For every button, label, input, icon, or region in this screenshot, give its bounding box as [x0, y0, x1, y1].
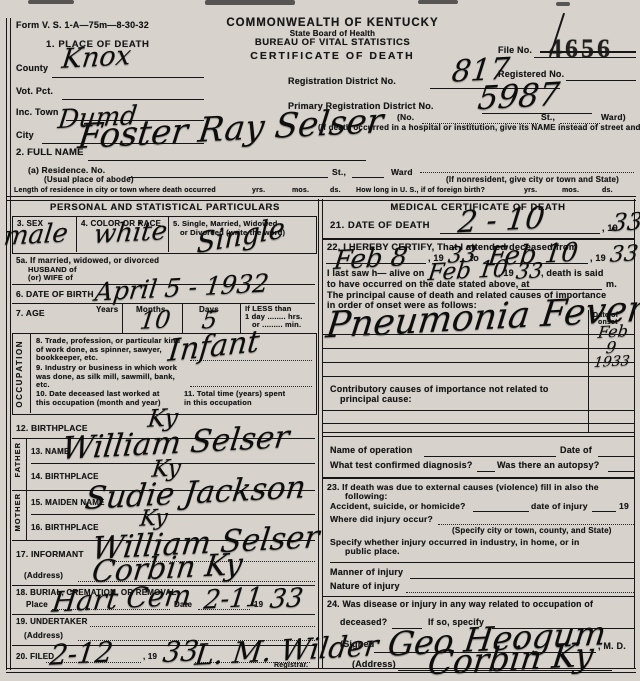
residence-label: (a) Residence. No. [28, 166, 105, 175]
cause-section-bottom [322, 432, 634, 437]
cell-divider [76, 216, 77, 252]
scan-smudge [418, 0, 458, 4]
dob-value: April 5 - 1932 [94, 270, 271, 304]
scan-smudge [205, 0, 295, 5]
ward-label: Ward) [601, 113, 626, 122]
where-label: Where did injury occur? [330, 515, 433, 524]
age-months-value: 10 [139, 307, 172, 333]
injury-date-label: date of injury [531, 502, 588, 511]
registered-no-line [566, 80, 636, 81]
to-year: 33 [609, 243, 640, 267]
file-no-value: 4656 [549, 34, 613, 64]
vot-pct-line [62, 99, 204, 100]
manner-label: Manner of injury [330, 568, 403, 577]
title-certificate: CERTIFICATE OF DEATH [225, 51, 440, 62]
blank-line [330, 562, 634, 563]
burial-place-value: Hart Cem [50, 581, 192, 617]
full-name-label: 2. FULL NAME [16, 148, 84, 158]
row-divider [322, 477, 634, 479]
page-border-left [6, 18, 7, 670]
nature-line [406, 592, 634, 593]
county-label: County [16, 64, 48, 73]
scan-smudge [556, 2, 570, 6]
mother-strip-divider [26, 490, 27, 540]
header-separator [6, 196, 636, 201]
title-block: COMMONWEALTH OF KENTUCKY State Board of … [225, 17, 440, 62]
mother-name-value: Sudie Jackson [83, 472, 307, 515]
cause-line [322, 334, 634, 335]
occ9-dots [190, 386, 312, 387]
column-divider [318, 199, 319, 669]
occupation-vertical-label: OCCUPATION [15, 340, 24, 408]
cell-divider [122, 303, 123, 333]
st-label: St., [541, 113, 555, 122]
primary-district-value: 5987 [476, 78, 561, 115]
residence-ward-label: Ward [391, 168, 413, 177]
length-yrs-label: yrs. [252, 187, 265, 194]
physician-address-value: Corbin Ky [426, 638, 595, 680]
occurred-label: to have occurred on the date stated abov… [327, 280, 530, 289]
burial-nineteen: 19 [254, 601, 263, 609]
race-value: white [92, 218, 168, 248]
page-border-right [634, 199, 635, 669]
title-bureau: BUREAU OF VITAL STATISTICS [225, 38, 440, 48]
undertaker-dots [90, 626, 315, 627]
autopsy-line [608, 471, 634, 472]
burial-place-label: Place [26, 601, 48, 609]
to-nineteen: , 19 [590, 254, 606, 263]
operation-date-line [598, 456, 634, 457]
row-divider [322, 238, 634, 240]
injury-nineteen: 19 [619, 502, 629, 511]
accident-label: Accident, suicide, or homicide? [330, 502, 466, 511]
signed-label: (Signed [340, 640, 374, 649]
length-ds-label: ds. [330, 187, 341, 194]
registrar-label: Registrar. [274, 662, 308, 669]
last-saw-label: I last saw h— alive on [327, 269, 424, 278]
city-label: City [16, 131, 34, 140]
scan-smudge [28, 0, 74, 4]
cause-line [322, 348, 634, 349]
dob-label: 6. DATE OF BIRTH [16, 290, 94, 299]
dod-label: 21. DATE OF DEATH [330, 221, 430, 231]
row-divider [322, 596, 634, 597]
father-vertical-label: FATHER [13, 442, 22, 477]
burial-date-label: Date [174, 601, 192, 609]
cause-line [322, 362, 634, 363]
injury-date-line [592, 511, 616, 512]
foreign-yrs-label: yrs. [524, 187, 537, 194]
mother-bp-label: 16. BIRTHPLACE [31, 524, 99, 532]
dod-value: 2 - 10 [456, 204, 546, 239]
county-line [52, 77, 204, 78]
operation-date-label: Date of [560, 446, 592, 455]
wife-label: (or) WIFE of [28, 274, 73, 282]
nonresident-note: (If nonresident, give city or town and S… [446, 176, 619, 184]
attended-from-line [326, 263, 426, 264]
residence-ward-line [352, 177, 384, 178]
filed-date-value: 2-12 [48, 638, 114, 670]
autopsy-label: Was there an autopsy? [497, 461, 599, 470]
operation-label: Name of operation [330, 446, 412, 455]
dod-year: 33 [611, 209, 640, 235]
personal-header: PERSONAL AND STATISTICAL PARTICULARS [12, 203, 318, 213]
title-commonwealth: COMMONWEALTH OF KENTUCKY [225, 17, 440, 29]
nature-label: Nature of injury [330, 582, 400, 591]
physician-address-label: (Address) [352, 660, 396, 669]
sex-value: male [2, 220, 69, 250]
abode-note: (Usual place of abode) [44, 176, 134, 184]
foreign-mos-label: mos. [562, 187, 579, 194]
occ9-label: 9. Industry or business in which work wa… [36, 364, 188, 390]
burial-year-value: 33 [268, 585, 304, 613]
filed-dots [46, 662, 141, 663]
specify-city-note: (Specify city or town, county, and State… [452, 527, 612, 535]
death-certificate: Form V. S. 1-A—75m—8-30-32 COMMONWEALTH … [0, 0, 640, 681]
full-name-line [88, 160, 366, 161]
deceased-label: deceased? [340, 618, 387, 627]
manner-line [410, 578, 634, 579]
row-divider [12, 614, 315, 615]
where-dots [438, 524, 634, 525]
test-line [477, 471, 495, 472]
form-number: Form V. S. 1-A—75m—8-30-32 [16, 21, 149, 30]
father-strip-divider [26, 438, 27, 490]
death-said-label: , death is said [541, 269, 604, 278]
residence-st-label: St., [332, 168, 346, 177]
occ11-label: 11. Total time (years) spent in this occ… [184, 390, 292, 407]
m-label: m. [606, 280, 617, 289]
informant-label: 17. INFORMANT [16, 550, 84, 559]
informant-address-label: (Address) [24, 572, 63, 580]
inc-town-label: Inc. Town [16, 108, 59, 117]
undertaker-label: 19. UNDERTAKER [16, 618, 88, 626]
age-label: 7. AGE [16, 309, 45, 318]
residence-ward-dots [420, 172, 634, 173]
specify-line2: public place. [345, 547, 400, 556]
test-label: What test confirmed diagnosis? [330, 461, 473, 470]
filed-nineteen: , 19 [143, 653, 157, 661]
occupation-strip-divider [30, 333, 31, 413]
county-value: Knox [60, 42, 132, 73]
length-residence-label: Length of residence in city or town wher… [14, 187, 216, 194]
age-years-label: Years [96, 306, 118, 314]
occ8-label: 8. Trade, profession, or particular kind… [36, 337, 188, 363]
mother-vertical-label: MOTHER [13, 493, 22, 532]
foreign-ds-label: ds. [602, 187, 613, 194]
length-mos-label: mos. [292, 187, 309, 194]
reg-district-label: Registration District No. [288, 77, 396, 86]
no-label: (No. [397, 113, 414, 122]
residence-line [128, 177, 328, 178]
accident-line [473, 511, 529, 512]
contributory-line [322, 410, 634, 411]
occupation-q-line1: 24. Was disease or injury in any way rel… [327, 600, 593, 609]
md-label: , M. D. [598, 642, 626, 651]
cause-line [322, 376, 634, 377]
mother-name-line [31, 514, 315, 515]
cell-divider [182, 303, 183, 333]
vot-pct-label: Vot. Pct. [16, 87, 53, 96]
contributory-line2: principal cause: [340, 395, 412, 404]
contributory-line [322, 423, 634, 424]
last-saw-nineteen: , 19 [498, 269, 514, 278]
file-no-strike [540, 51, 636, 53]
foreign-birth-label: How long in U. S., if of foreign birth? [356, 187, 485, 194]
page-border-left [10, 18, 11, 670]
operation-line [424, 456, 556, 457]
external-line2: following: [345, 492, 388, 501]
